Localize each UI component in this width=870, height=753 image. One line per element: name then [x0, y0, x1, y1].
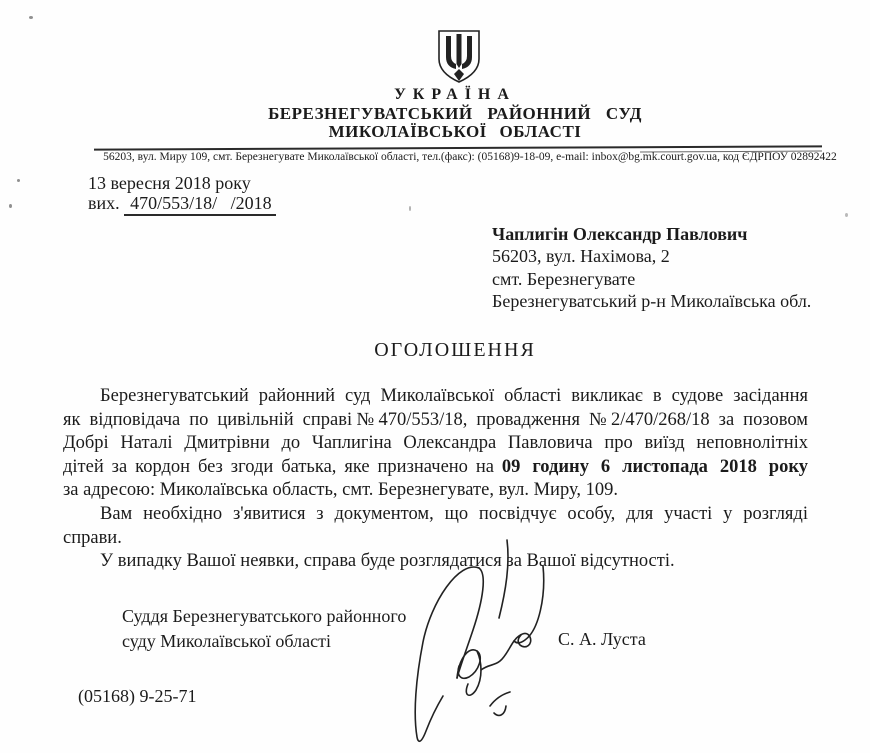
body-line: Березнегуватський районний суд Миколаївс… [63, 385, 808, 409]
body-line: як відповідача по цивільній справі№470/5… [63, 409, 808, 433]
letter-date: 13 вересня 2018 року [88, 173, 251, 194]
body-line: Добрі Наталі Дмитрівни до Чаплигіна Олек… [63, 432, 808, 456]
ref-prefix: вих. [88, 193, 120, 213]
scanned-court-letter: УКРАЇНА БЕРЕЗНЕГУВАТСЬКИЙ РАЙОННИЙ СУД М… [0, 0, 870, 753]
hearing-date: 09 годину 6 листопада 2018 року [502, 457, 808, 477]
court-name-line2: МИКОЛАЇВСЬКОЇ ОБЛАСТІ [40, 122, 870, 142]
ukraine-trident-emblem-icon [436, 29, 482, 90]
scan-speck [409, 206, 411, 211]
recipient-address-line2: смт. Березнегувате [492, 268, 811, 290]
recipient-name: Чаплигін Олександр Павлович [492, 223, 811, 245]
scan-speck [9, 204, 12, 208]
ref-number: 470/553/18/ /2018 [124, 193, 276, 216]
body-line: за адресою: Миколаївська область, смт. Б… [63, 479, 808, 503]
signer-role-line2: суду Миколаївської області [122, 629, 406, 654]
body-line-text: дітей за кордон без згоди батька, яке пр… [63, 457, 494, 477]
recipient-address-line3: Березнегуватський р-н Миколаївська обл. [492, 290, 811, 312]
signer-role-line1: Суддя Березнегуватського районного [122, 604, 406, 629]
country-name: УКРАЇНА [40, 86, 870, 104]
body-line: Вам необхідно з'явитися з документом, що… [63, 503, 808, 527]
signer-role: Суддя Березнегуватського районного суду … [122, 604, 406, 654]
recipient-block: Чаплигін Олександр Павлович 56203, вул. … [492, 223, 811, 313]
document-title: ОГОЛОШЕННЯ [40, 339, 870, 362]
scan-speck [17, 179, 20, 182]
body-line-with-hearing-date: дітей за кордон без згоди батька, яке пр… [63, 456, 808, 480]
court-name-line1: БЕРЕЗНЕГУВАТСЬКИЙ РАЙОННИЙ СУД [40, 104, 870, 124]
letterhead-divider [94, 145, 822, 150]
signer-name: С. А. Луста [558, 629, 646, 650]
scan-speck [29, 16, 33, 19]
judge-signature-icon [393, 538, 578, 753]
recipient-address-line1: 56203, вул. Нахімова, 2 [492, 245, 811, 267]
outgoing-ref: вих. 470/553/18/ /2018 [88, 193, 276, 214]
footer-phone: (05168) 9-25-71 [78, 686, 196, 707]
court-contact-line: 56203, вул. Миру 109, смт. Березнегувате… [70, 151, 870, 163]
scan-speck [845, 213, 848, 217]
